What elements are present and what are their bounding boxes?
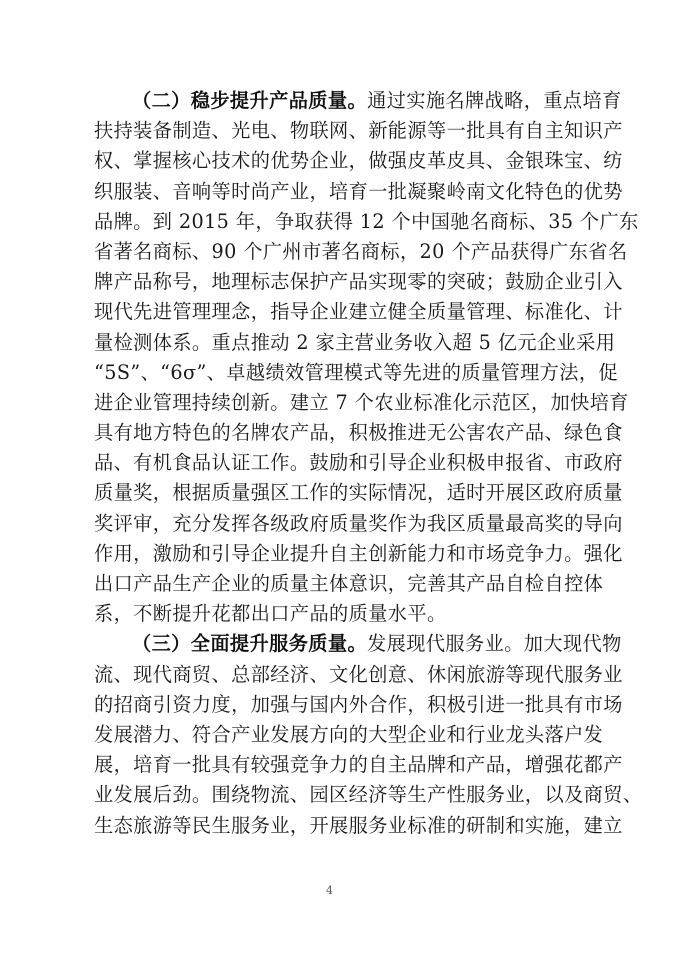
paragraph-line: 奖评审，充分发挥各级政府质量奖作为我区质量最高奖的导向 [94,509,591,539]
paragraph-line: 流、现代商贸、总部经济、文化创意、休闲旅游等现代服务业 [94,660,591,690]
paragraph-line: 省著名商标、90 个广州市著名商标，20 个产品获得广东省名 [94,237,591,267]
paragraph-line: 作用，激励和引导企业提升自主创新能力和市场竞争力。强化 [94,539,591,569]
page-number: 4 [326,884,333,897]
paragraph-line: （三）全面提升服务质量。发展现代服务业。加大现代物 [94,629,591,659]
paragraph-line: 品、有机食品认证工作。鼓励和引导企业积极申报省、市政府 [94,448,591,478]
paragraph-line: 品牌。到 2015 年，争取获得 12 个中国驰名商标、35 个广东 [94,207,591,237]
paragraph-line: “5S”、“6σ”、卓越绩效管理模式等先进的质量管理方法，促 [94,358,591,388]
document-page: （二）稳步提升产品质量。通过实施名牌战略，重点培育 扶持装备制造、光电、物联网、… [0,0,680,955]
paragraph-line: 量检测体系。重点推动 2 家主营业务收入超 5 亿元企业采用 [94,328,591,358]
paragraph-line: 织服装、音响等时尚产业，培育一批凝聚岭南文化特色的优势 [94,177,591,207]
paragraph-line: 系，不断提升花都出口产品的质量水平。 [94,599,591,629]
paragraph-line: 出口产品生产企业的质量主体意识，完善其产品自检自控体 [94,569,591,599]
section-heading: （三）全面提升服务质量。 [132,632,367,655]
paragraph-line: 进企业管理持续创新。建立 7 个农业标准化示范区，加快培育 [94,388,591,418]
paragraph-line: 发展潜力、符合产业发展方向的大型企业和行业龙头落户发 [94,720,591,750]
paragraph-line: （二）稳步提升产品质量。通过实施名牌战略，重点培育 [94,86,591,116]
document-body: （二）稳步提升产品质量。通过实施名牌战略，重点培育 扶持装备制造、光电、物联网、… [94,86,591,841]
paragraph-line: 牌产品称号，地理标志保护产品实现零的突破；鼓励企业引入 [94,267,591,297]
paragraph-line: 扶持装备制造、光电、物联网、新能源等一批具有自主知识产 [94,116,591,146]
paragraph-line: 质量奖，根据质量强区工作的实际情况，适时开展区政府质量 [94,478,591,508]
paragraph-line: 现代先进管理理念，指导企业建立健全质量管理、标准化、计 [94,297,591,327]
paragraph-line: 的招商引资力度，加强与国内外合作，积极引进一批具有市场 [94,690,591,720]
paragraph-line: 生态旅游等民生服务业，开展服务业标准的研制和实施，建立 [94,811,591,841]
paragraph-line: 展，培育一批具有较强竞争力的自主品牌和产品，增强花都产 [94,750,591,780]
section-heading: （二）稳步提升产品质量。 [132,89,367,112]
paragraph-line: 权、掌握核心技术的优势企业，做强皮革皮具、金银珠宝、纺 [94,146,591,176]
paragraph-line: 业发展后劲。围绕物流、园区经济等生产性服务业，以及商贸、 [94,780,591,810]
paragraph-line: 具有地方特色的名牌农产品，积极推进无公害农产品、绿色食 [94,418,591,448]
